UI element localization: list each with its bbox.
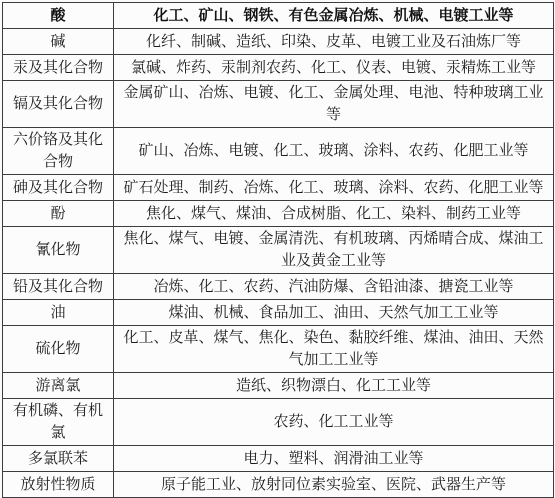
pollutant-cell: 砷及其化合物 <box>3 175 114 201</box>
industries-cell: 焦化、煤气、电镀、金属清洗、有机玻璃、丙烯晴合成、煤油工业及黄金工业等 <box>114 227 554 274</box>
industries-cell: 矿山、冶炼、电镀、化工、玻璃、涂料、农药、化肥工业等 <box>114 128 554 175</box>
table-row: 砷及其化合物 矿石处理、制药、冶炼、化工、玻璃、涂料、农药、化肥工业等 <box>3 175 554 201</box>
industries-cell: 煤油、机械、食品加工、油田、天然气加工工业等 <box>114 300 554 326</box>
page: 酸 化工、矿山、钢铁、有色金属冶炼、机械、电镀工业等 碱 化纤、制碱、造纸、印染… <box>0 0 555 462</box>
industries-cell: 矿石处理、制药、冶炼、化工、玻璃、涂料、农药、化肥工业等 <box>114 175 554 201</box>
pollutant-cell: 碱 <box>3 29 114 55</box>
table-row: 氰化物 焦化、煤气、电镀、金属清洗、有机玻璃、丙烯晴合成、煤油工业及黄金工业等 <box>3 227 554 274</box>
table-row: 酚 焦化、煤气、煤油、合成树脂、化工、染料、制药工业等 <box>3 201 554 227</box>
industries-cell: 电力、塑料、润滑油工业等 <box>114 446 554 472</box>
industries-cell: 原子能工业、放射同位素实验室、医院、武器生产等 <box>114 472 554 498</box>
pollutant-cell: 氰化物 <box>3 227 114 274</box>
industries-cell: 冶炼、化工、农药、汽油防爆、含铅油漆、搪瓷工业等 <box>114 274 554 300</box>
industries-cell: 化工、皮革、煤气、焦化、染色、黏胶纤维、煤油、油田、天然气加工工业等 <box>114 326 554 373</box>
industries-cell: 化纤、制碱、造纸、印染、皮革、电镀工业及石油炼厂等 <box>114 29 554 55</box>
table-row: 油 煤油、机械、食品加工、油田、天然气加工工业等 <box>3 300 554 326</box>
table-row: 镉及其化合物 金属矿山、冶炼、电镀、化工、金属处理、电池、特种玻璃工业等 <box>3 81 554 128</box>
pollutant-cell: 六价铬及其化合物 <box>3 128 114 175</box>
pollutant-cell: 汞及其化合物 <box>3 55 114 81</box>
pollutant-cell: 酚 <box>3 201 114 227</box>
pollutant-cell: 硫化物 <box>3 326 114 373</box>
pollutant-industry-table: 酸 化工、矿山、钢铁、有色金属冶炼、机械、电镀工业等 碱 化纤、制碱、造纸、印染… <box>2 2 554 498</box>
table-row: 酸 化工、矿山、钢铁、有色金属冶炼、机械、电镀工业等 <box>3 3 554 29</box>
table-row: 硫化物 化工、皮革、煤气、焦化、染色、黏胶纤维、煤油、油田、天然气加工工业等 <box>3 326 554 373</box>
industries-cell: 氯碱、炸药、汞制剂农药、化工、仪表、电镀、汞精炼工业等 <box>114 55 554 81</box>
pollutant-cell: 游离氯 <box>3 373 114 399</box>
industries-cell: 农药、化工工业等 <box>114 399 554 446</box>
table-row: 有机磷、有机氯 农药、化工工业等 <box>3 399 554 446</box>
industries-cell: 化工、矿山、钢铁、有色金属冶炼、机械、电镀工业等 <box>114 3 554 29</box>
table-row: 六价铬及其化合物 矿山、冶炼、电镀、化工、玻璃、涂料、农药、化肥工业等 <box>3 128 554 175</box>
pollutant-cell: 放射性物质 <box>3 472 114 498</box>
industries-cell: 金属矿山、冶炼、电镀、化工、金属处理、电池、特种玻璃工业等 <box>114 81 554 128</box>
pollutant-cell: 镉及其化合物 <box>3 81 114 128</box>
pollutant-cell: 多氯联苯 <box>3 446 114 472</box>
table-row: 游离氯 造纸、织物漂白、化工工业等 <box>3 373 554 399</box>
pollutant-cell: 铅及其化合物 <box>3 274 114 300</box>
pollutant-cell: 有机磷、有机氯 <box>3 399 114 446</box>
industries-cell: 造纸、织物漂白、化工工业等 <box>114 373 554 399</box>
table-row: 放射性物质 原子能工业、放射同位素实验室、医院、武器生产等 <box>3 472 554 498</box>
table-row: 多氯联苯 电力、塑料、润滑油工业等 <box>3 446 554 472</box>
pollutant-cell: 酸 <box>3 3 114 29</box>
industries-cell: 焦化、煤气、煤油、合成树脂、化工、染料、制药工业等 <box>114 201 554 227</box>
table-row: 铅及其化合物 冶炼、化工、农药、汽油防爆、含铅油漆、搪瓷工业等 <box>3 274 554 300</box>
pollutant-cell: 油 <box>3 300 114 326</box>
table-row: 碱 化纤、制碱、造纸、印染、皮革、电镀工业及石油炼厂等 <box>3 29 554 55</box>
table-row: 汞及其化合物 氯碱、炸药、汞制剂农药、化工、仪表、电镀、汞精炼工业等 <box>3 55 554 81</box>
